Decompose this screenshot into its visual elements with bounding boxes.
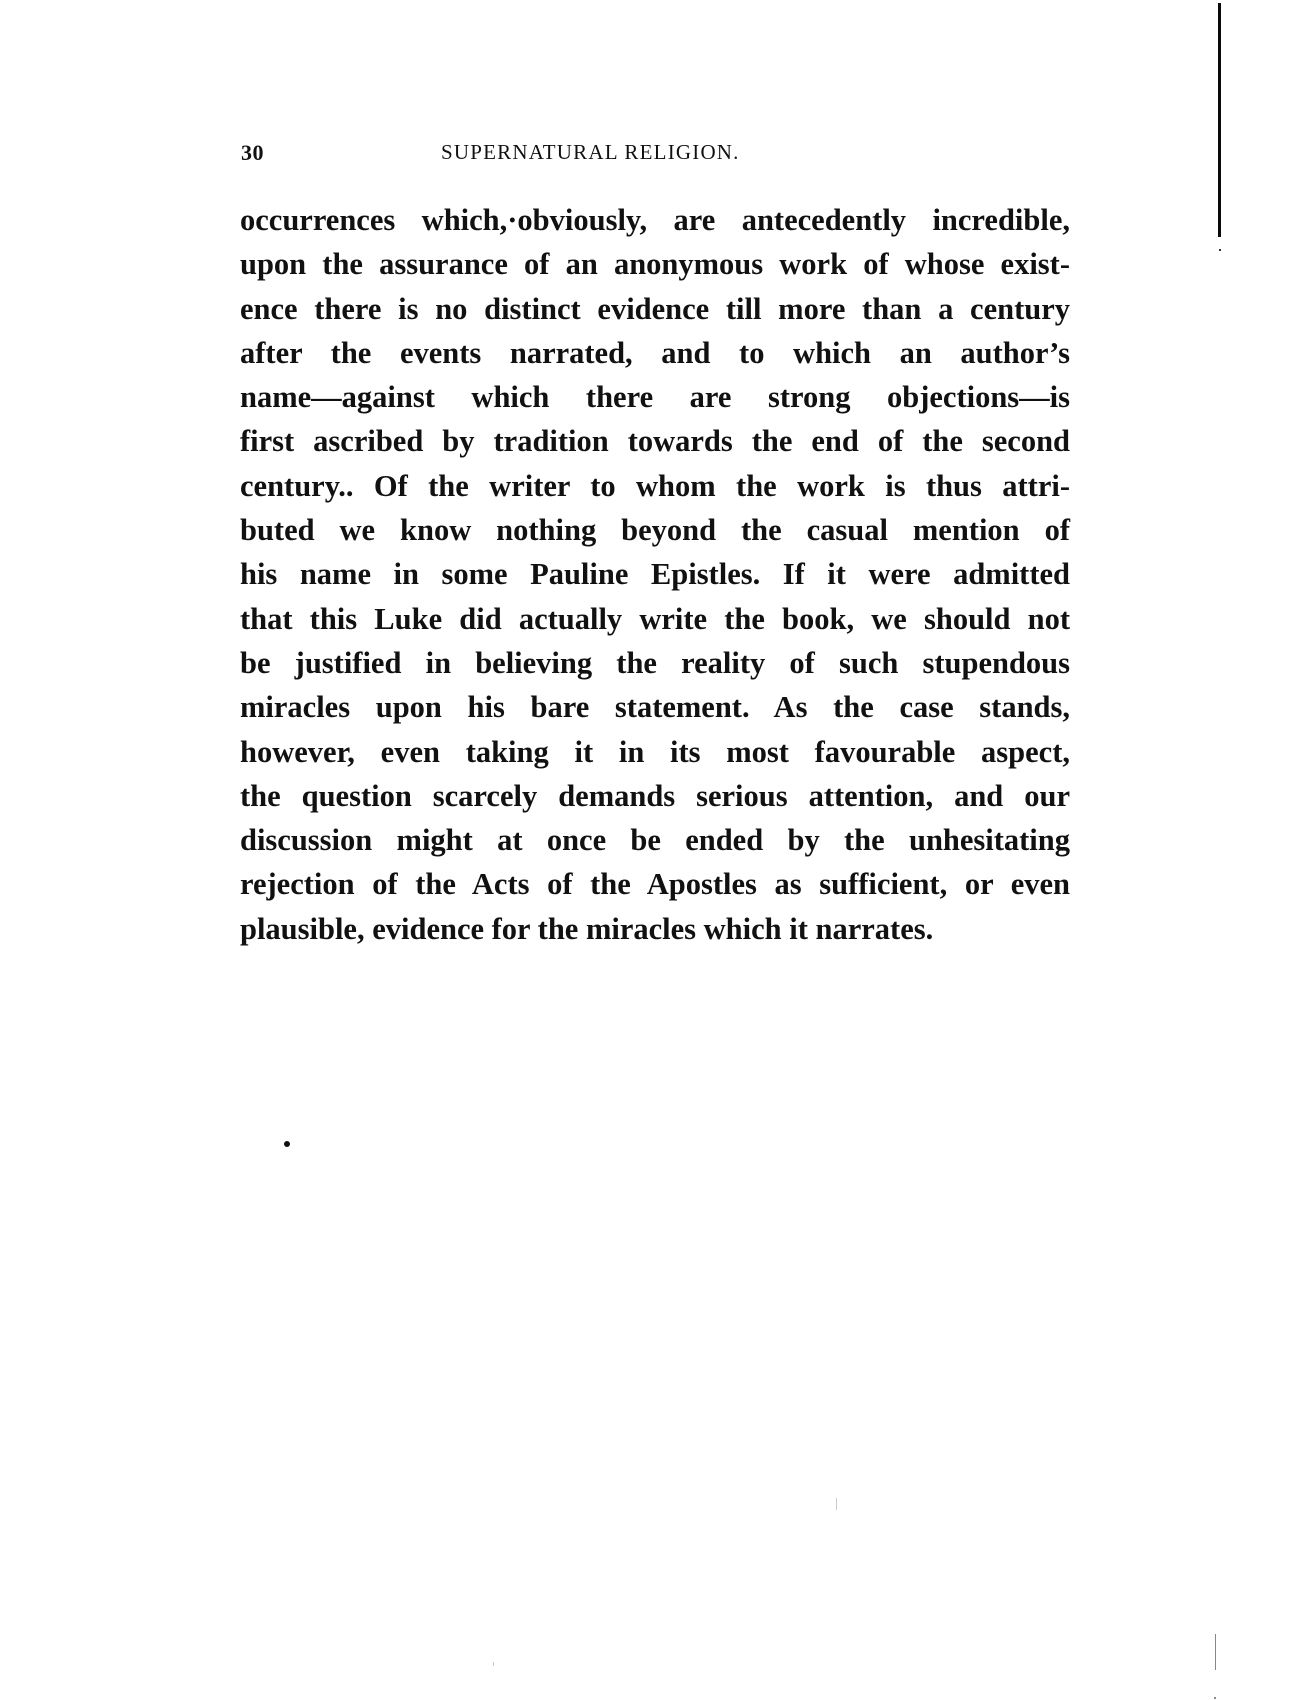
text-line: buted we know nothing beyond the casual … bbox=[240, 508, 1070, 552]
text-line-content: the question scarcely demands serious at… bbox=[240, 774, 1070, 818]
text-line-content: century.. Of the writer to whom the work… bbox=[240, 464, 1070, 508]
text-line: century.. Of the writer to whom the work… bbox=[240, 464, 1070, 508]
text-line: rejection of the Acts of the Apostles as… bbox=[240, 862, 1070, 906]
running-title: SUPERNATURAL RELIGION. bbox=[441, 140, 740, 165]
text-line: his name in some Pauline Epistles. If it… bbox=[240, 552, 1070, 596]
text-line: name—against which there are strong obje… bbox=[240, 375, 1070, 419]
text-line-content: his name in some Pauline Epistles. If it… bbox=[240, 552, 1070, 596]
text-line-content: upon the assurance of an anonymous work … bbox=[240, 242, 1070, 286]
text-line-content: plausible, evidence for the miracles whi… bbox=[240, 907, 1070, 951]
scan-speck-bottom bbox=[1214, 1697, 1216, 1699]
text-line-content: after the events narrated, and to which … bbox=[240, 331, 1070, 375]
text-line: first ascribed by tradition towards the … bbox=[240, 419, 1070, 463]
text-line: miracles upon his bare statement. As the… bbox=[240, 685, 1070, 729]
text-line: the question scarcely demands serious at… bbox=[240, 774, 1070, 818]
faint-scan-mark bbox=[836, 1498, 837, 1510]
text-line-content: ence there is no distinct evidence till … bbox=[240, 287, 1070, 331]
text-line-content: be justified in believing the reality of… bbox=[240, 641, 1070, 685]
text-line: ence there is no distinct evidence till … bbox=[240, 287, 1070, 331]
text-line: be justified in believing the reality of… bbox=[240, 641, 1070, 685]
text-line-content: however, even taking it in its most favo… bbox=[240, 730, 1070, 774]
text-line: occurrences which,·obviously, are antece… bbox=[240, 198, 1070, 242]
text-line: discussion might at once be ended by the… bbox=[240, 818, 1070, 862]
scan-speck bbox=[1219, 249, 1221, 251]
text-line: that this Luke did actually write the bo… bbox=[240, 597, 1070, 641]
text-line-content: name—against which there are strong obje… bbox=[240, 375, 1070, 419]
text-line-content: rejection of the Acts of the Apostles as… bbox=[240, 862, 1070, 906]
scan-edge-line-bottom bbox=[1215, 1634, 1216, 1670]
running-head: 30 SUPERNATURAL RELIGION. bbox=[241, 140, 1061, 170]
text-line-last: plausible, evidence for the miracles whi… bbox=[240, 907, 1070, 951]
text-line-content: that this Luke did actually write the bo… bbox=[240, 597, 1070, 641]
text-line-content: miracles upon his bare statement. As the… bbox=[240, 685, 1070, 729]
scan-edge-line bbox=[1218, 3, 1221, 237]
text-line: however, even taking it in its most favo… bbox=[240, 730, 1070, 774]
text-line: upon the assurance of an anonymous work … bbox=[240, 242, 1070, 286]
text-line: after the events narrated, and to which … bbox=[240, 331, 1070, 375]
stray-ink-dot bbox=[284, 1141, 290, 1147]
body-paragraph: occurrences which,·obviously, are antece… bbox=[240, 198, 1070, 951]
text-line-content: first ascribed by tradition towards the … bbox=[240, 419, 1070, 463]
faint-scan-mark bbox=[493, 1662, 494, 1666]
text-line-content: occurrences which,·obviously, are antece… bbox=[240, 198, 1070, 242]
page-number: 30 bbox=[241, 140, 264, 166]
text-line-content: buted we know nothing beyond the casual … bbox=[240, 508, 1070, 552]
text-line-content: discussion might at once be ended by the… bbox=[240, 818, 1070, 862]
